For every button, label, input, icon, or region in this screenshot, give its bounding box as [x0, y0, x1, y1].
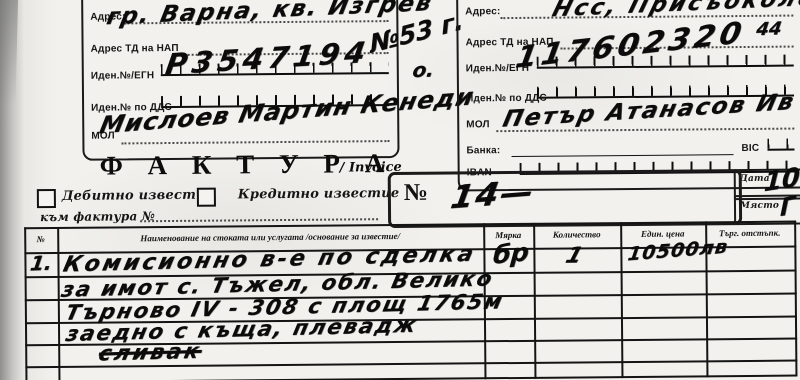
- row1-no-handwriting: 1.: [29, 251, 54, 276]
- bic-label: BIC: [741, 143, 759, 154]
- right-address-label: Адрес:: [465, 6, 500, 17]
- table-col-divider-4: [620, 222, 623, 378]
- bank-line: [511, 144, 733, 157]
- credit-note-label: Кредитно известие: [238, 186, 400, 202]
- credit-note-checkbox[interactable]: [197, 188, 216, 207]
- table-col-divider-3: [533, 223, 536, 379]
- place-handwriting: Г: [780, 191, 796, 222]
- table-col-divider-1: [57, 227, 60, 380]
- col-header-price: Един. цена: [620, 228, 705, 239]
- invoice-number-handwriting: 14—: [448, 172, 538, 216]
- bank-label: Банка:: [466, 145, 500, 156]
- scrawl-o-handwriting: о.: [411, 57, 436, 82]
- row1-price-handwriting: 10500лв: [626, 236, 729, 266]
- row1-unit-handwriting: бр: [492, 237, 530, 269]
- col-header-no: №: [24, 234, 57, 244]
- right-id-vat-label: Иден.№ по ДДС: [466, 93, 547, 105]
- right-address2-handwriting: 44: [755, 18, 783, 40]
- invoice-form: Адрес: Адрес ТД на НАП Иден.№/ЕГН Иден.№…: [0, 0, 800, 380]
- scanned-invoice-document: Адрес: Адрес ТД на НАП Иден.№/ЕГН Иден.№…: [0, 0, 800, 380]
- debit-note-label: Дебитно известие: [62, 188, 214, 204]
- col-header-qty: Количество: [533, 229, 620, 240]
- bic-comb-field: [767, 139, 794, 151]
- table-left-border: [24, 227, 27, 380]
- row5-desc-handwriting: сливак: [96, 339, 204, 366]
- col-header-name: Наименование на стоката или услугата /ос…: [57, 230, 483, 244]
- left-address-nap-label: Адрес ТД на НАП: [91, 43, 179, 55]
- to-invoice-line: [140, 208, 378, 222]
- invoice-number-box: [388, 169, 742, 228]
- right-mol-label: МОЛ: [466, 119, 490, 130]
- table-right-border: [794, 221, 797, 377]
- debit-note-checkbox[interactable]: [37, 189, 56, 208]
- invoice-number-label: №: [404, 180, 428, 207]
- place-label: Място: [740, 201, 779, 211]
- left-id-egn-label: Иден.№/ЕГН: [91, 70, 154, 82]
- to-invoice-label: към фактура №: [40, 209, 155, 224]
